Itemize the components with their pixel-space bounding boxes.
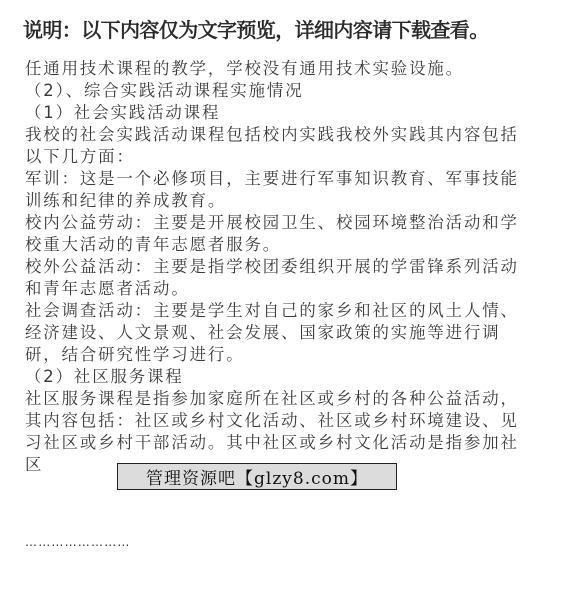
subsection-heading: （1）社会实践活动课程 xyxy=(25,102,545,124)
text-line: 习社区或乡村干部活动。其中社区或乡村文化活动是指参加社 xyxy=(25,432,545,454)
text-line: 研，结合研究性学习进行。 xyxy=(25,344,545,366)
text-line: 社区服务课程是指参加家庭所在社区或乡村的各种公益活动， xyxy=(25,388,545,410)
text-line: 我校的社会实践活动课程包括校内实践我校外实践其内容包括 xyxy=(25,124,545,146)
watermark-banner: 管理资源吧【glzy8.com】 xyxy=(117,463,397,490)
text-line: 训练和纪律的养成教育。 xyxy=(25,190,545,212)
text-line: 任通用技术课程的教学，学校没有通用技术实验设施。 xyxy=(25,58,545,80)
text-line: 其内容包括：社区或乡村文化活动、社区或乡村环境建设、见 xyxy=(25,410,545,432)
text-line: 校内公益劳动：主要是开展校园卫生、校园环境整治活动和学 xyxy=(25,212,545,234)
truncation-ellipsis: …………………… xyxy=(25,536,131,548)
document-body: 任通用技术课程的教学，学校没有通用技术实验设施。 （2）、综合实践活动课程实施情… xyxy=(25,58,545,476)
text-line: 社会调查活动：主要是学生对自己的家乡和社区的风土人情、 xyxy=(25,300,545,322)
text-line: 校重大活动的青年志愿者服务。 xyxy=(25,234,545,256)
subsection-heading: （2）社区服务课程 xyxy=(25,366,545,388)
text-line: 以下几方面： xyxy=(25,146,545,168)
preview-notice: 说明：以下内容仅为文字预览，详细内容请下载查看。 xyxy=(23,16,489,44)
text-line: 校外公益活动：主要是指学校团委组织开展的学雷锋系列活动 xyxy=(25,256,545,278)
text-line: 和青年志愿者活动。 xyxy=(25,278,545,300)
text-line: 经济建设、人文景观、社会发展、国家政策的实施等进行调 xyxy=(25,322,545,344)
text-line: 军训：这是一个必修项目，主要进行军事知识教育、军事技能 xyxy=(25,168,545,190)
section-heading: （2）、综合实践活动课程实施情况 xyxy=(25,80,545,102)
